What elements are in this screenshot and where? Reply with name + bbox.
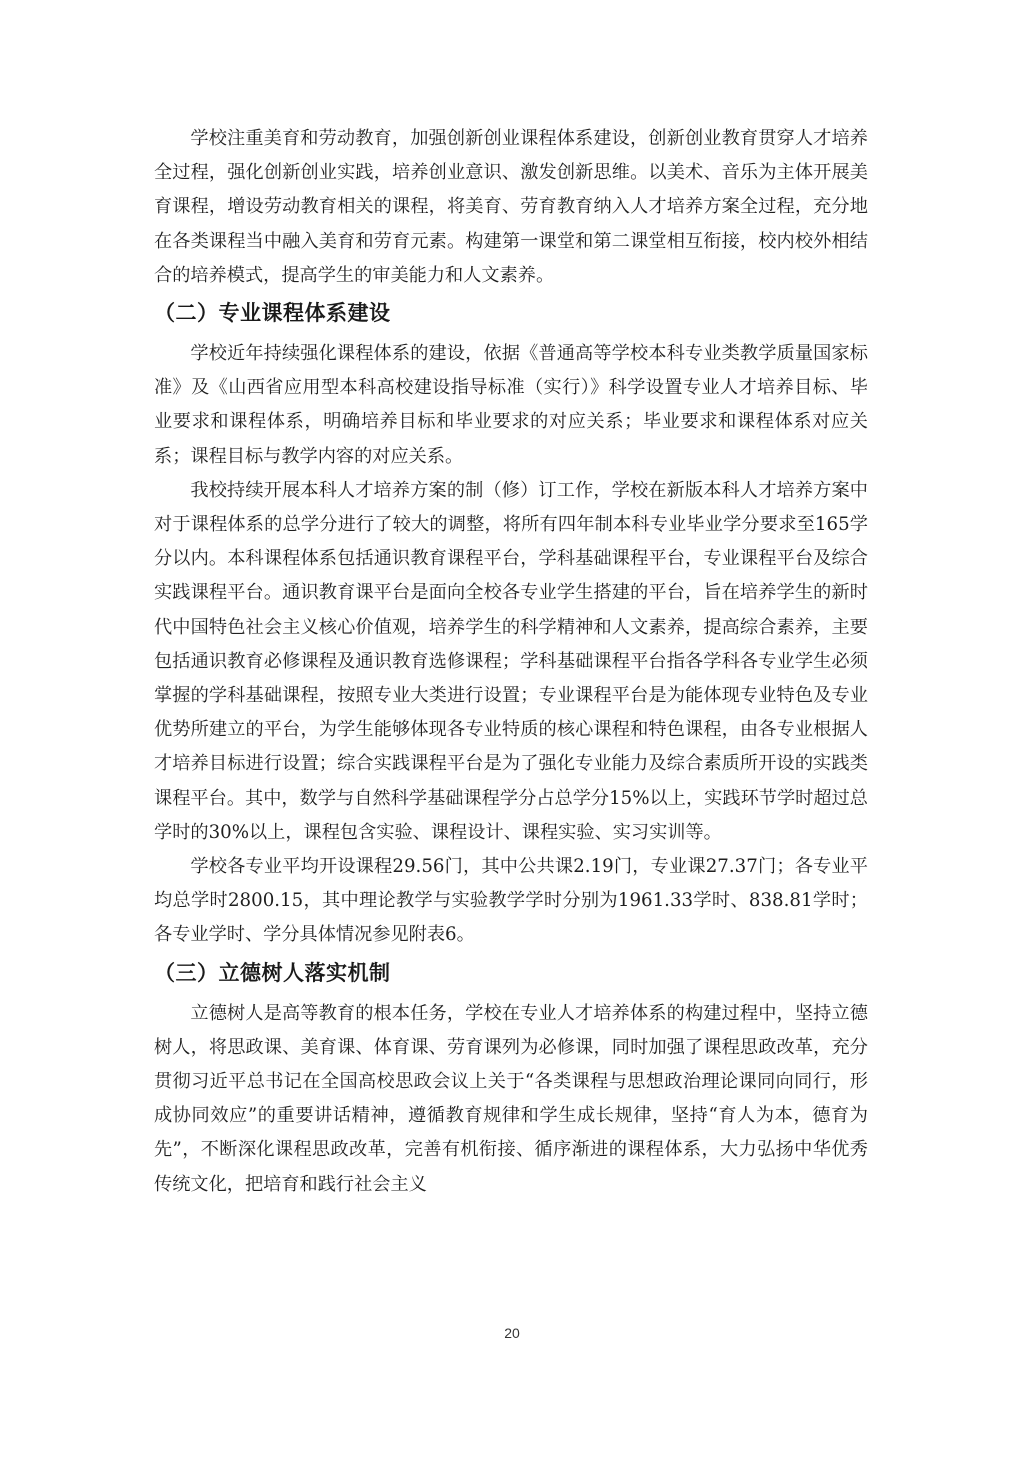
document-page: 学校注重美育和劳动教育，加强创新创业课程体系建设，创新创业教育贯穿人才培养全过程… [0, 0, 1024, 1460]
page-number: 20 [0, 1325, 1024, 1341]
paragraph-training-program: 我校持续开展本科人才培养方案的制（修）订工作，学校在新版本科人才培养方案中对于课… [154, 474, 868, 850]
paragraph-aesthetic-labor-education: 学校注重美育和劳动教育，加强创新创业课程体系建设，创新创业教育贯穿人才培养全过程… [154, 122, 868, 293]
section-heading-2: （二）专业课程体系建设 [154, 293, 868, 337]
paragraph-curriculum-standards: 学校近年持续强化课程体系的建设，依据《普通高等学校本科专业类教学质量国家标准》及… [154, 337, 868, 474]
section-heading-3: （三）立德树人落实机制 [154, 953, 868, 997]
page-body: 学校注重美育和劳动教育，加强创新创业课程体系建设，创新创业教育贯穿人才培养全过程… [154, 122, 868, 1202]
paragraph-moral-education: 立德树人是高等教育的根本任务，学校在专业人才培养体系的构建过程中，坚持立德树人，… [154, 997, 868, 1202]
paragraph-course-statistics: 学校各专业平均开设课程29.56门，其中公共课2.19门，专业课27.37门；各… [154, 850, 868, 953]
